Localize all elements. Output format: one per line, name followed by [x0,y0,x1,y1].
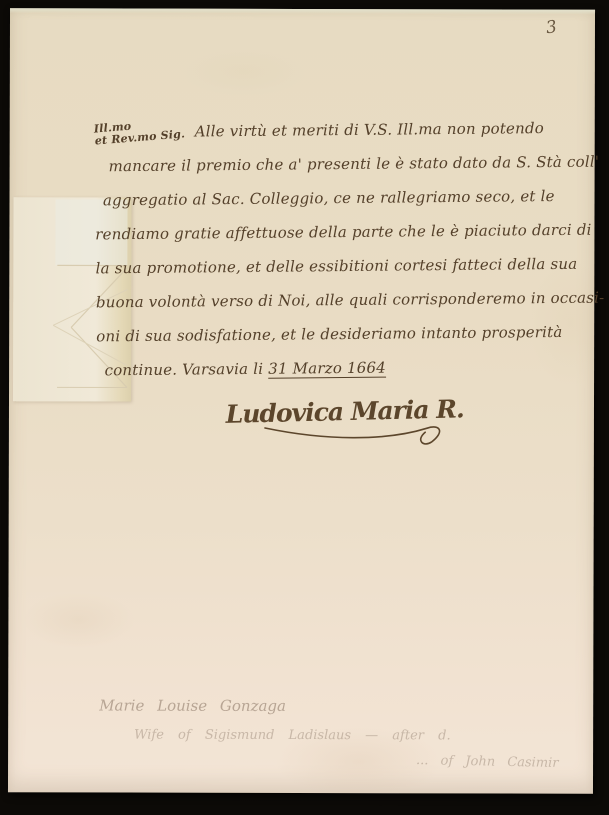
letter-date: 31 Marzo 1664 [268,359,386,378]
signature-block: Ludovica Maria R. [224,394,465,451]
letter-paper: 3 Ill.mo et Rev.mo Sig. Alle virtù et me… [8,8,595,794]
closing-text: continue. Varsavia li [104,360,268,380]
signature: Ludovica Maria R. [224,394,465,429]
letter-line: buona volontà verso di Noi, alle quali c… [96,281,578,320]
pencil-annotation: ... of John Casimir [416,753,559,771]
letter-line: mancare il premio che a' presenti le è s… [108,145,576,183]
letter-body: Ill.mo et Rev.mo Sig. Alle virtù et meri… [94,111,579,388]
pencil-annotation: Wife of Sigismund Ladislaus — after d. [134,728,451,744]
pencil-annotation: Marie Louise Gonzaga [99,696,286,714]
manuscript-photo: 3 Ill.mo et Rev.mo Sig. Alle virtù et me… [0,0,609,815]
salutation: Ill.mo et Rev.mo Sig. [93,116,185,147]
letter-line: Ill.mo et Rev.mo Sig. Alle virtù et meri… [94,111,576,150]
letter-line: la sua promotione, et delle essibitioni … [95,247,577,286]
letter-line: oni di sua sodisfatione, et le desideria… [96,315,578,354]
letter-line: aggregatio al Sac. Colleggio, ce ne rall… [103,179,577,218]
letter-dateline: continue. Varsavia li 31 Marzo 1664 [104,349,578,388]
letter-line-text: Alle virtù et meriti di V.S. Ill.ma non … [195,119,544,140]
letter-line: rendiamo gratie affettuose della parte c… [95,213,577,252]
